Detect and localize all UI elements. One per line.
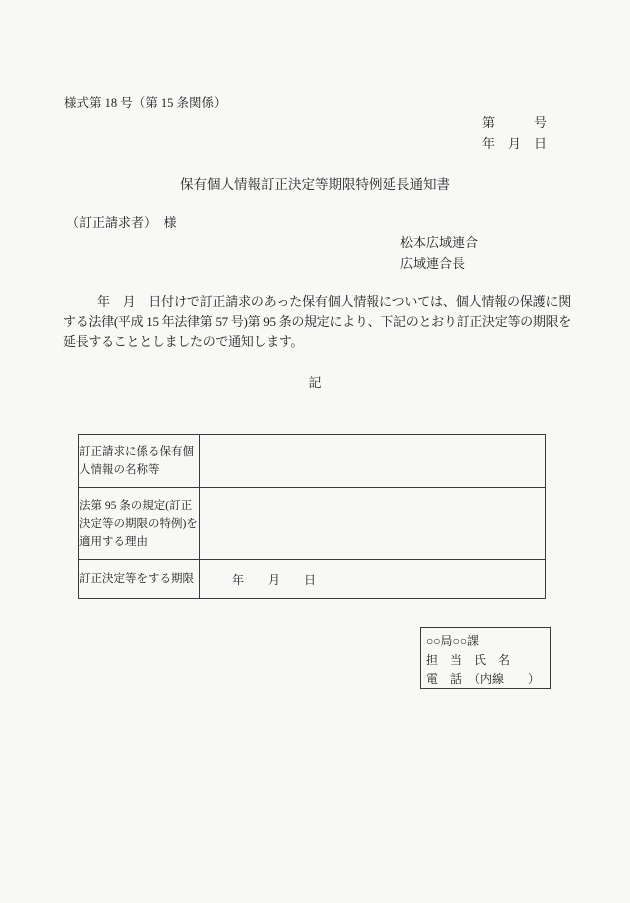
table-row: 法第 95 条の規定(訂正決定等の期限の特例)を適用する理由 xyxy=(79,488,546,560)
table-row: 訂正請求に係る保有個人情報の名称等 xyxy=(79,435,546,488)
document-number-line: 第 号 xyxy=(482,116,547,131)
sender-role: 広域連合長 xyxy=(400,257,465,272)
body-paragraph: 年 月 日付けで訂正請求のあった保有個人情報については、個人情報の保護に関する法… xyxy=(63,292,571,352)
form-number: 様式第 18 号（第 15 条関係） xyxy=(64,96,227,110)
contact-info-box: ○○局○○課 担 当 氏 名 電 話 （内線 ） xyxy=(420,627,551,689)
row-value-reason-article95 xyxy=(200,488,546,560)
document-date-line: 年 月 日 xyxy=(482,137,547,152)
document-page: 様式第 18 号（第 15 条関係） 第 号 年 月 日 保有個人情報訂正決定等… xyxy=(0,0,630,903)
sender-organization: 松本広域連合 xyxy=(400,236,478,251)
row-label-reason-article95: 法第 95 条の規定(訂正決定等の期限の特例)を適用する理由 xyxy=(79,488,200,560)
row-value-decision-deadline: 年 月 日 xyxy=(200,560,546,599)
recipient-line: （訂正請求者） 様 xyxy=(66,216,177,231)
row-label-personal-info-name: 訂正請求に係る保有個人情報の名称等 xyxy=(79,435,200,488)
contact-phone: 電 話 （内線 ） xyxy=(426,670,550,689)
contact-department: ○○局○○課 xyxy=(426,632,550,651)
table-row: 訂正決定等をする期限 年 月 日 xyxy=(79,560,546,599)
section-marker-ki: 記 xyxy=(0,376,630,391)
row-label-decision-deadline: 訂正決定等をする期限 xyxy=(79,560,200,599)
details-table: 訂正請求に係る保有個人情報の名称等 法第 95 条の規定(訂正決定等の期限の特例… xyxy=(78,434,546,599)
contact-staff-name: 担 当 氏 名 xyxy=(426,651,550,670)
row-value-personal-info-name xyxy=(200,435,546,488)
document-title: 保有個人情報訂正決定等期限特例延長通知書 xyxy=(0,177,630,193)
